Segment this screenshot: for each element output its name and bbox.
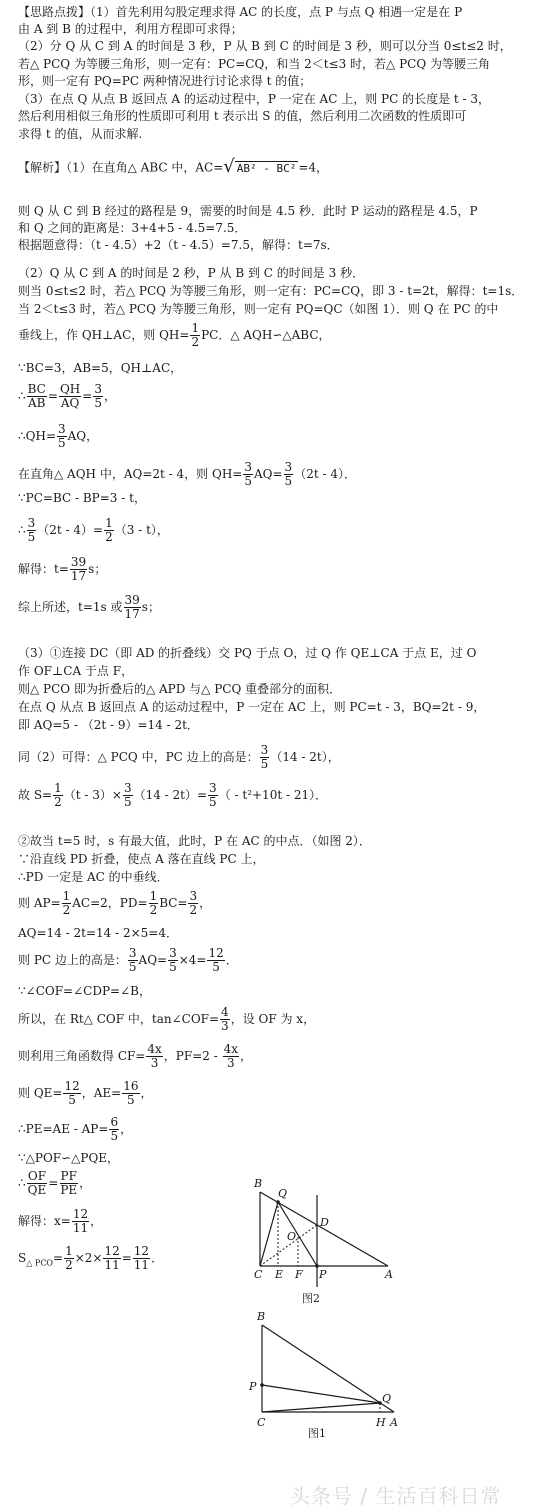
denominator: 5: [284, 475, 294, 488]
part3-m-line-11: ∴PE=AE - AP=65，: [18, 1116, 132, 1143]
text: AQ=: [139, 953, 168, 967]
part1-line-1: 【解析】（1）在直角△ ABC 中，AC=√AB² - BC²=4，: [18, 159, 328, 177]
part3-m-line-13: ∴OFQE=PFPE，: [18, 1170, 91, 1197]
text: 则 AP=: [18, 896, 61, 910]
part3-line-7: 故 S=12（t - 3）×35（14 - 2t）=35（ - t²+10t -…: [18, 782, 327, 809]
label-Q: Q: [278, 1187, 287, 1200]
text: ，PF=2 -: [164, 1049, 222, 1063]
part3-m-line-9: 则利用三角函数得 CF=4x3，PF=2 - 4x3，: [18, 1043, 252, 1070]
numerator: 3: [208, 782, 218, 796]
denominator: 5: [260, 758, 270, 771]
fraction: 35: [208, 782, 218, 809]
fraction: 35: [260, 744, 270, 771]
fraction: 35: [128, 947, 138, 974]
numerator: 3: [168, 947, 178, 961]
text: 在直角△ AQH 中，AQ=2t - 4，则 QH=: [18, 467, 242, 481]
hint-line-7: 然后利用相似三角形的性质即可利用 t 表示出 S 的值，然后利用二次函数的性质即…: [18, 108, 466, 124]
figure-2-caption: 图2: [302, 1292, 320, 1305]
text: 垂线上，作 QH⊥AC，则 QH=: [18, 328, 189, 342]
hint-line-5: 形，则一定有 PQ=PC 两种情况进行讨论求得 t 的值；: [18, 73, 311, 89]
label-C: C: [257, 1416, 266, 1429]
denominator: 2: [53, 796, 63, 809]
text: 则 QE=: [18, 1086, 62, 1100]
numerator: 12: [63, 1080, 80, 1094]
denominator: 5: [123, 796, 133, 809]
denominator: QE: [27, 1184, 48, 1197]
text: ，: [141, 1086, 153, 1100]
fraction: 3917: [70, 556, 87, 583]
denominator: 11: [103, 1259, 120, 1272]
part2-line-4: 垂线上，作 QH⊥AC，则 QH=12PC．△ AQH∽△ABC，: [18, 322, 331, 349]
part2-line-3: 当 2＜t≤3 时，若△ PCQ 为等腰三角形，则一定有 PQ=QC（如图 1）…: [18, 301, 498, 317]
text: （3 - t），: [115, 523, 169, 537]
text: ∴: [18, 523, 26, 537]
numerator: 3: [243, 461, 253, 475]
part3-m-line-14: 解得：x=1211，: [18, 1208, 102, 1235]
text: 故 S=: [18, 788, 52, 802]
fraction: BCAB: [27, 383, 47, 410]
text: （14 - 2t），: [270, 750, 339, 764]
text: 【解析】（1）在直角△ ABC 中，AC=: [18, 161, 223, 175]
text: 则 PC 边上的高是：: [18, 953, 127, 967]
watermark: 头条号 / 生活百科日常: [290, 1480, 501, 1509]
fraction: 12: [62, 890, 72, 917]
part2-line-6: ∴BCAB=QHAQ=35，: [18, 383, 116, 410]
fraction: 43: [220, 1006, 230, 1033]
text: ，: [90, 1214, 102, 1228]
part3-m-line-10: 则 QE=125，AE=165，: [18, 1080, 153, 1107]
denominator: 5: [93, 397, 103, 410]
text: （14 - 2t）=: [134, 788, 207, 802]
text: =: [122, 1251, 132, 1265]
denominator: 3: [150, 1057, 160, 1070]
numerator: 1: [104, 517, 114, 531]
part2-line-5: ∵BC=3，AB=5，QH⊥AC，: [18, 360, 182, 376]
hint-line-1: 【思路点拨】（1）首先利用勾股定理求得 AC 的长度，点 P 与点 Q 相遇一定…: [18, 4, 462, 20]
sqrt-expression: √AB² - BC²: [223, 159, 298, 177]
denominator: 5: [128, 961, 138, 974]
part2-line-9: ∵PC=BC - BP=3 - t，: [18, 490, 146, 506]
denominator: AB: [27, 397, 46, 410]
part2-line-8: 在直角△ AQH 中，AQ=2t - 4，则 QH=35AQ=35（2t - 4…: [18, 461, 356, 488]
text: （2t - 4）=: [37, 523, 103, 537]
text: ，AE=: [82, 1086, 121, 1100]
text: 解得：t=: [18, 562, 69, 576]
numerator: 3: [123, 782, 133, 796]
text: ，: [79, 1176, 91, 1190]
subscript: △ PCO: [26, 1258, 53, 1267]
fraction: 12: [190, 322, 200, 349]
hint-line-4: 若△ PCQ 为等腰三角形，则一定有：PC=CQ，和当 2＜t≤3 时，若△ P…: [18, 56, 490, 72]
denominator: 3: [226, 1057, 236, 1070]
fraction: 12: [53, 782, 63, 809]
part2-line-11: 解得：t=3917s；: [18, 556, 106, 583]
label-A: A: [389, 1416, 398, 1429]
part3-m-line-12: ∵△POF∽△PQE，: [18, 1150, 119, 1166]
text: ，: [240, 1049, 252, 1063]
part1-line-2: 则 Q 从 C 到 B 经过的路程是 9，需要的时间是 4.5 秒．此时 P 运…: [18, 203, 478, 219]
text: 同（2）可得：△ PCQ 中，PC 边上的高是：: [18, 750, 259, 764]
numerator: 12: [133, 1245, 150, 1259]
fraction: QHAQ: [59, 383, 81, 410]
part3-line-4: 在点 Q 从点 B 返回点 A 的运动过程中，P 一定在 AC 上，则 PC=t…: [18, 699, 485, 715]
numerator: 1: [64, 1245, 74, 1259]
text: AQ，: [68, 429, 99, 443]
fraction: 1211: [103, 1245, 120, 1272]
denominator: 5: [67, 1094, 77, 1107]
part3-m-line-6: 则 PC 边上的高是：35AQ=35×4=125．: [18, 947, 238, 974]
fraction: 1211: [133, 1245, 150, 1272]
fraction: 35: [57, 423, 67, 450]
numerator: 3: [128, 947, 138, 961]
text: （2t - 4）．: [294, 467, 356, 481]
radical-icon: √: [223, 156, 234, 177]
numerator: 4x: [146, 1043, 162, 1057]
denominator: 5: [57, 437, 67, 450]
fraction: 1211: [72, 1208, 89, 1235]
denominator: 11: [133, 1259, 150, 1272]
numerator: 3: [260, 744, 270, 758]
hint-line-3: （2）分 Q 从 C 到 A 的时间是 3 秒，P 从 B 到 C 的时间是 3…: [18, 38, 512, 54]
denominator: 2: [188, 904, 198, 917]
part3-m-line-1: ②故当 t=5 时，s 有最大值，此时，P 在 AC 的中点．（如图 2）．: [18, 833, 371, 849]
part3-line-2: 作 OF⊥CA 于点 F，: [18, 663, 133, 679]
numerator: 3: [27, 517, 37, 531]
text: ．: [226, 953, 238, 967]
numerator: 3: [188, 890, 198, 904]
label-B: B: [253, 1177, 262, 1190]
part3-line-3: 则△ PCO 即为折叠后的△ APD 与△ PCQ 重叠部分的面积．: [18, 681, 341, 697]
part3-m-line-8: 所以，在 Rt△ COF 中，tan∠COF=43，设 OF 为 x，: [18, 1006, 315, 1033]
part3-m-line-5: AQ=14 - 2t=14 - 2×5=4．: [18, 925, 178, 941]
text: ，: [199, 896, 211, 910]
fraction: 4x3: [146, 1043, 162, 1070]
text: 则利用三角函数得 CF=: [18, 1049, 145, 1063]
text: （t - 3）×: [64, 788, 122, 802]
fraction: 35: [168, 947, 178, 974]
numerator: 1: [62, 890, 72, 904]
text: ．: [151, 1251, 163, 1265]
text: AQ=: [254, 467, 283, 481]
numerator: 1: [149, 890, 159, 904]
fraction: 125: [207, 947, 224, 974]
part3-m-line-2: ∵沿直线 PD 折叠，使点 A 落在直线 PC 上，: [18, 851, 265, 867]
text: ×4=: [179, 953, 207, 967]
denominator: 17: [70, 570, 87, 583]
part3-line-6: 同（2）可得：△ PCQ 中，PC 边上的高是：35（14 - 2t），: [18, 744, 340, 771]
text: AC=2，PD=: [72, 896, 147, 910]
figure-1-diagram: B P Q C H A 图1: [240, 1305, 420, 1445]
numerator: 1: [53, 782, 63, 796]
denominator: 11: [72, 1222, 89, 1235]
fraction: 12: [104, 517, 114, 544]
text: ×2×: [75, 1251, 103, 1265]
hint-line-8: 求得 t 的值，从而求解.: [18, 126, 142, 142]
text: ∴QH=: [18, 429, 56, 443]
label-P: P: [318, 1268, 327, 1281]
fraction: 3917: [124, 594, 141, 621]
numerator: 6: [109, 1116, 119, 1130]
numerator: 39: [124, 594, 141, 608]
denominator: 5: [211, 961, 221, 974]
denominator: AQ: [60, 397, 81, 410]
denominator: 5: [27, 531, 37, 544]
fraction: 35: [243, 461, 253, 488]
part2-line-2: 则当 0≤t≤2 时，若△ PCQ 为等腰三角形，则一定有：PC=CQ，即 3 …: [18, 283, 523, 299]
fraction: PFPE: [59, 1170, 78, 1197]
label-D: D: [319, 1216, 329, 1229]
text: ，: [104, 389, 116, 403]
numerator: OF: [27, 1170, 47, 1184]
denominator: 2: [104, 531, 114, 544]
denominator: 17: [124, 608, 141, 621]
text: =: [48, 389, 58, 403]
label-E: E: [274, 1268, 283, 1281]
text: BC=: [159, 896, 187, 910]
text: ∴: [18, 1176, 26, 1190]
hint-line-6: （3）在点 Q 从点 B 返回点 A 的运动过程中，P 一定在 AC 上，则 P…: [18, 91, 490, 107]
numerator: PF: [60, 1170, 78, 1184]
radicand: AB² - BC²: [235, 161, 299, 175]
numerator: 4x: [223, 1043, 239, 1057]
text: =: [53, 1251, 63, 1265]
numerator: 3: [93, 383, 103, 397]
part1-line-3: 和 Q 之间的距离是：3+4+5 - 4.5=7.5．: [18, 220, 246, 236]
part2-line-1: （2）Q 从 C 到 A 的时间是 2 秒，P 从 B 到 C 的时间是 3 秒…: [18, 265, 364, 281]
numerator: 1: [190, 322, 200, 336]
fraction: 35: [284, 461, 294, 488]
denominator: 3: [220, 1020, 230, 1033]
text: （ - t²+10t - 21）．: [219, 788, 327, 802]
denominator: 5: [126, 1094, 136, 1107]
label-P: P: [248, 1380, 257, 1393]
denominator: PE: [59, 1184, 78, 1197]
numerator: 16: [122, 1080, 139, 1094]
fraction: 35: [93, 383, 103, 410]
denominator: 5: [243, 475, 253, 488]
fraction: 32: [188, 890, 198, 917]
part2-line-12: 综上所述，t=1s 或3917s；: [18, 594, 160, 621]
numerator: 3: [57, 423, 67, 437]
part3-m-line-7: ∵∠COF=∠CDP=∠B，: [18, 983, 151, 999]
part3-m-line-3: ∴PD 一定是 AC 的中垂线．: [18, 869, 169, 885]
text: S: [18, 1251, 26, 1265]
text: =4，: [298, 161, 328, 175]
fraction: 12: [149, 890, 159, 917]
label-C: C: [254, 1268, 263, 1281]
fraction: 125: [63, 1080, 80, 1107]
text: PC．△ AQH∽△ABC，: [201, 328, 330, 342]
denominator: 5: [208, 796, 218, 809]
text: 解得：x=: [18, 1214, 71, 1228]
part3-m-line-15: S△ PCO=12×2×1211=1211．: [18, 1245, 163, 1272]
label-H: H: [375, 1416, 386, 1429]
text: ∴: [18, 389, 26, 403]
numerator: QH: [59, 383, 81, 397]
fraction: 12: [64, 1245, 74, 1272]
part3-m-line-4: 则 AP=12AC=2，PD=12BC=32，: [18, 890, 211, 917]
numerator: 12: [72, 1208, 89, 1222]
fraction: 35: [123, 782, 133, 809]
fraction: 4x3: [223, 1043, 239, 1070]
part2-line-7: ∴QH=35AQ，: [18, 423, 98, 450]
denominator: 2: [64, 1259, 74, 1272]
denominator: 5: [109, 1130, 119, 1143]
text: =: [48, 1176, 58, 1190]
numerator: 12: [207, 947, 224, 961]
part2-line-10: ∴35（2t - 4）=12（3 - t），: [18, 517, 169, 544]
numerator: 3: [284, 461, 294, 475]
hint-line-2: 由 A 到 B 的过程中，利用方程即可求得；: [18, 21, 243, 37]
part3-line-1: （3）①连接 DC（即 AD 的折叠线）交 PQ 于点 O，过 Q 作 QE⊥C…: [18, 645, 476, 661]
numerator: 12: [103, 1245, 120, 1259]
part3-line-5: 即 AQ=5 - （2t - 9）=14 - 2t．: [18, 717, 199, 733]
label-B: B: [256, 1310, 265, 1323]
text: s；: [88, 562, 106, 576]
fraction: 165: [122, 1080, 139, 1107]
denominator: 2: [190, 336, 200, 349]
denominator: 2: [149, 904, 159, 917]
denominator: 2: [62, 904, 72, 917]
text: =: [82, 389, 92, 403]
fraction: OFQE: [27, 1170, 48, 1197]
text: 所以，在 Rt△ COF 中，tan∠COF=: [18, 1012, 219, 1026]
denominator: 5: [168, 961, 178, 974]
part1-line-4: 根据题意得：（t - 4.5）+2（t - 4.5）=7.5，解得：t=7s．: [18, 237, 339, 253]
label-F: F: [294, 1268, 303, 1281]
figure-2-diagram: B Q D O C E F P A 图2: [240, 1170, 420, 1310]
label-A: A: [384, 1268, 393, 1281]
numerator: BC: [27, 383, 47, 397]
numerator: 4: [220, 1006, 230, 1020]
label-Q: Q: [382, 1392, 391, 1405]
figure-1-caption: 图1: [308, 1427, 326, 1440]
text: ∴PE=AE - AP=: [18, 1122, 108, 1136]
text: s；: [142, 600, 160, 614]
text: 综上所述，t=1s 或: [18, 600, 123, 614]
text: ，设 OF 为 x，: [231, 1012, 315, 1026]
label-O: O: [287, 1230, 296, 1243]
numerator: 39: [70, 556, 87, 570]
fraction: 35: [27, 517, 37, 544]
text: ，: [120, 1122, 132, 1136]
fraction: 65: [109, 1116, 119, 1143]
